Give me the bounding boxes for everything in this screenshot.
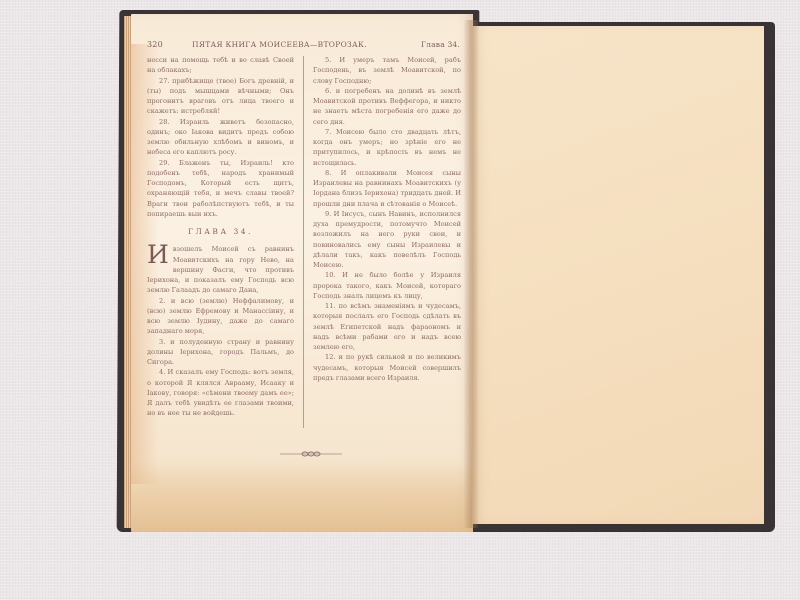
verse: 6. и погребенъ на долинѣ въ землѣ Моавит… [313, 86, 461, 127]
text-column-left: несси на помощь тебѣ и во славѣ Своей на… [147, 55, 294, 419]
verse: 10. И не было болѣе у Израиля пророка та… [313, 270, 461, 301]
verse: 28. Израиль живетъ безопасно, одинъ; око… [147, 117, 294, 158]
verse: 3. и полуденную страну и равнину долины … [147, 337, 294, 368]
column-divider [303, 56, 304, 428]
end-ornament-icon [280, 450, 342, 458]
verse-continuation: несси на помощь тебѣ и во славѣ Своей на… [147, 55, 294, 76]
verse: 5. И умеръ тамъ Моисей, рабъ Господень, … [313, 55, 461, 86]
verse: 12. и по рукѣ сильной и по великимъ чуде… [313, 352, 461, 383]
text-column-right: 5. И умеръ тамъ Моисей, рабъ Господень, … [313, 55, 461, 383]
water-stain-bottom [131, 462, 473, 532]
open-book: 320 ПЯТАЯ КНИГА МОИСЕЕВА—ВТОРОЗАК. Глава… [0, 0, 800, 600]
book-gutter [464, 20, 478, 528]
first-verse-text: взошелъ Моисей съ равнинъ Моавитскихъ на… [147, 245, 294, 294]
verse: 2. и всю (землю) Неффалимову, и (всю) зе… [147, 296, 294, 337]
verse: 9. И Іисусъ, сынъ Навинъ, исполнился дух… [313, 209, 461, 271]
chapter-reference: Глава 34. [421, 40, 460, 49]
verse: 29. Блаженъ ты, Израиль! кто подобенъ те… [147, 158, 294, 220]
page-number: 320 [147, 40, 163, 49]
verse: 27. прибѣжище (твое) Богъ древній, и (ты… [147, 76, 294, 117]
running-title: ПЯТАЯ КНИГА МОИСЕЕВА—ВТОРОЗАК. [192, 40, 367, 49]
verse: 8. И оплакивали Моисея сыны Израилевы на… [313, 168, 461, 209]
right-page-blank [472, 26, 764, 524]
chapter-heading: ГЛАВА 34. [147, 227, 294, 237]
verse: 11. по всѣмъ знаменіямъ и чудесамъ, кото… [313, 301, 461, 352]
chapter-first-verse: Ивзошелъ Моисей съ равнинъ Моавитскихъ н… [147, 244, 294, 295]
verse: 4. И сказалъ ему Господь: вотъ земля, о … [147, 367, 294, 418]
drop-cap: И [147, 245, 169, 265]
verse: 7. Моисею было сто двадцать лѣтъ, когда … [313, 127, 461, 168]
page-header: 320 ПЯТАЯ КНИГА МОИСЕЕВА—ВТОРОЗАК. Глава… [147, 40, 460, 52]
